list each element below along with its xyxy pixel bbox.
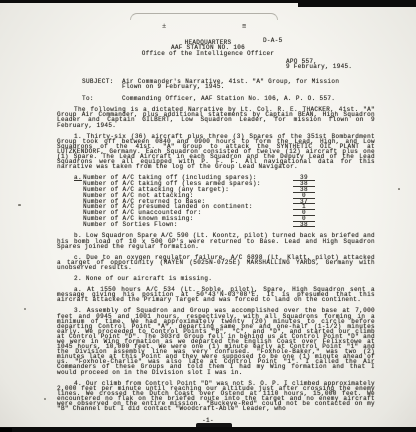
scanned-document-page: ± ≌ D-A-5 HEADQUARTERS AAF STATION NO. 1… xyxy=(0,0,416,432)
paragraph-4: 4. Our climb from Control Point "D" was … xyxy=(57,381,375,412)
stats-section-label: a. xyxy=(74,175,82,180)
paragraph-text: Due to an oxygen regulator failure, A/C … xyxy=(57,254,375,271)
paragraph-2a: a. At 1550 hours A/C 534 (Lt. Soble, pil… xyxy=(57,287,375,302)
paragraph-b: b. Low Squadron Spare A/C 590 (Lt. Koont… xyxy=(57,233,375,248)
paragraph-text: At 1550 hours A/C 534 (Lt. Soble, pilot)… xyxy=(57,286,375,303)
scan-speck xyxy=(24,308,26,310)
scan-speck xyxy=(398,188,400,190)
stats-label: Number of Sorties Flown: xyxy=(83,222,178,228)
paragraph-2: 2. None of our aircraft is missing. xyxy=(57,276,375,281)
date-line: 9 February, 1945. xyxy=(286,64,352,69)
paragraph-text: Our climb from Control Point "D" was not… xyxy=(57,380,375,412)
aircraft-statistics-list: a. Number of A/C taking off (including s… xyxy=(57,175,375,227)
apo-date-block: APO 557, 9 February, 1945. xyxy=(286,59,352,69)
to-line: To: Commanding Officer, AAF Station No. … xyxy=(82,96,375,101)
paragraph-text: Low Squadron Spare A/C 590 (Lt. Koontz, … xyxy=(57,232,375,249)
stats-value: 38 xyxy=(293,222,315,228)
scan-smudge-mark: ≌ xyxy=(242,22,246,31)
paragraph-number: 2. xyxy=(74,275,82,282)
to-text: Commanding Officer, AAF Station No. 106,… xyxy=(122,96,335,101)
paragraph-c: c. Due to an oxygen regulator failure, A… xyxy=(57,255,375,270)
intro-paragraph: The following is a dictated Narrative by… xyxy=(57,107,375,127)
subject-text: Air Commander's Narrative, 41st. "A" Gro… xyxy=(122,79,354,89)
paragraph-text: Assembly of Squadron and Group was accom… xyxy=(57,307,375,375)
paragraph-1: 1. Thirty-six (36) aircraft plus three (… xyxy=(57,134,375,170)
subject-label: SUBJECT: xyxy=(82,79,122,89)
letterhead-office: Office of the Intelligence Officer xyxy=(0,51,416,56)
letter-body: SUBJECT: Air Commander's Narrative, 41st… xyxy=(57,79,375,411)
to-label: To: xyxy=(82,96,122,101)
paragraph-text: None of our aircraft is missing. xyxy=(86,275,212,282)
intro-text: The following is a dictated Narrative by… xyxy=(57,106,375,128)
paper-fold-mark xyxy=(130,13,278,20)
letterhead: HEADQUARTERS AAF STATION NO. 106 Office … xyxy=(0,40,416,56)
scan-speck xyxy=(44,398,46,400)
scan-corner-blot xyxy=(0,428,12,432)
scan-smudge-mark: ± xyxy=(162,23,166,31)
scan-speck xyxy=(18,204,21,206)
subject-line: SUBJECT: Air Commander's Narrative, 41st… xyxy=(82,79,375,89)
paragraph-text: Thirty-six (36) aircraft plus three (3) … xyxy=(57,133,375,171)
scan-edge-bottom xyxy=(0,427,416,432)
scan-edge-top-right xyxy=(298,0,416,7)
paragraph-3: 3. Assembly of Squadron and Group was ac… xyxy=(57,308,375,374)
stats-row: Number of Sorties Flown: 38 xyxy=(83,222,315,228)
